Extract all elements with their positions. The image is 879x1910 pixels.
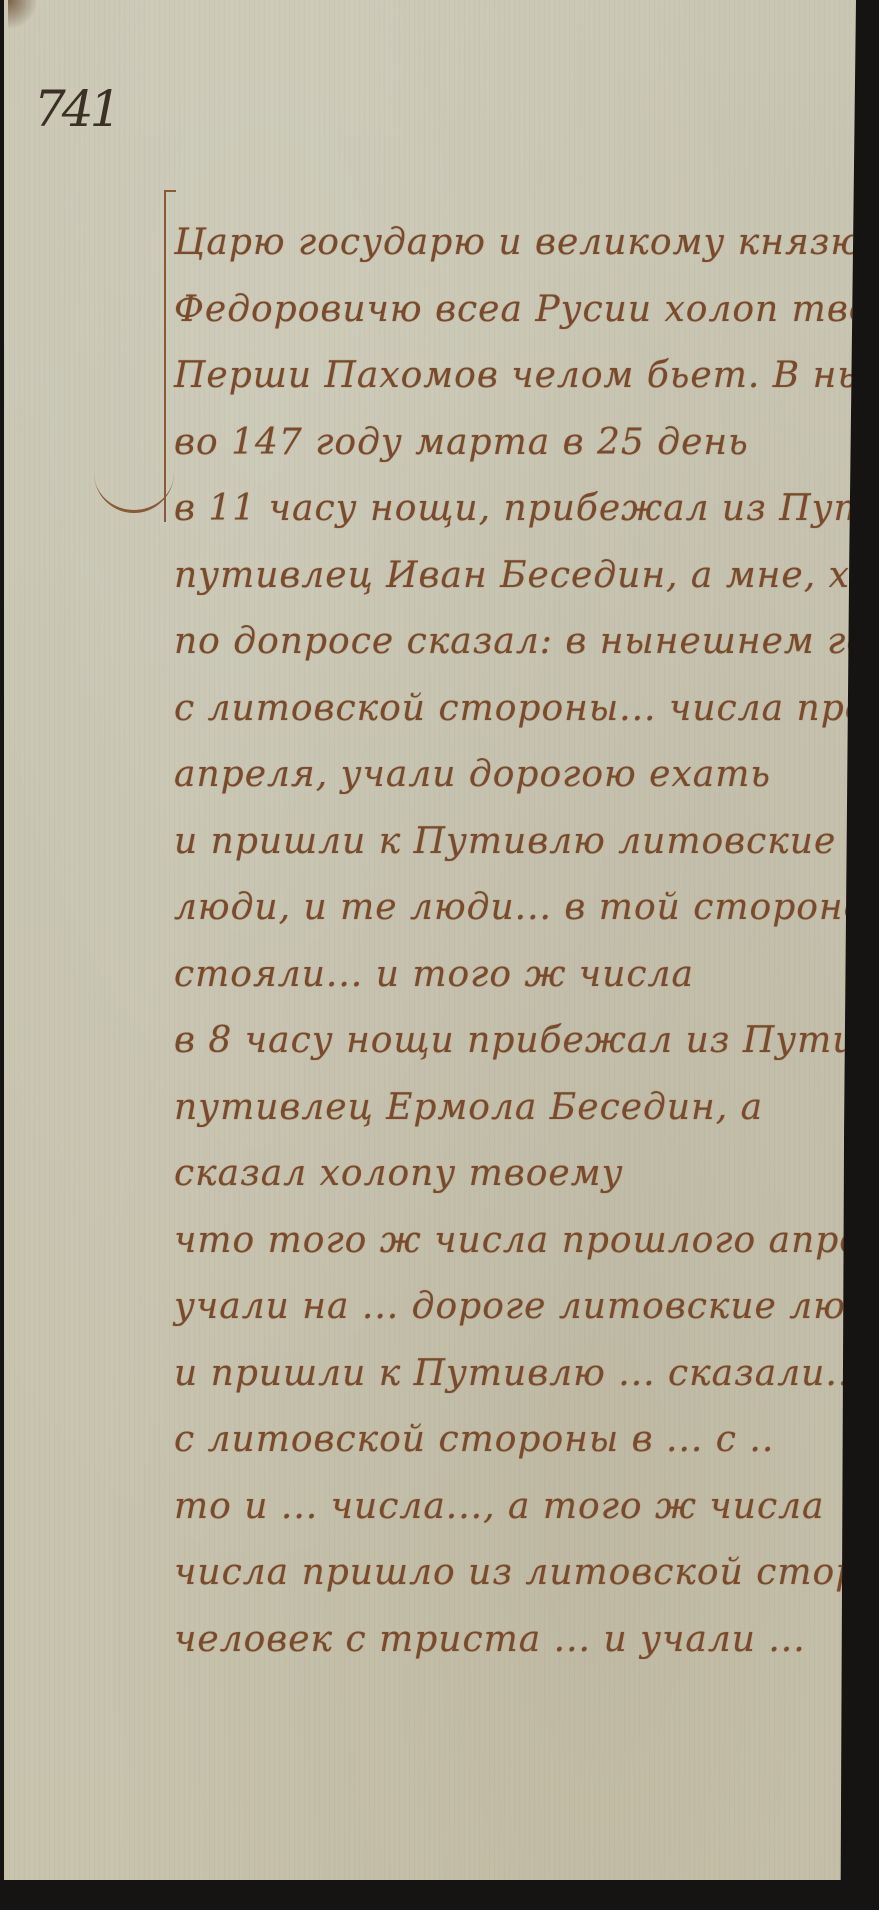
text-line: апреля, учали дорогою ехать [174, 742, 854, 809]
text-line: человек с триста ... и учали ... [174, 1607, 854, 1674]
text-line: то и ... числа..., а того ж числа [174, 1474, 854, 1541]
text-line: в 8 часу нощи прибежал из Путивля [174, 1008, 854, 1075]
text-line: Царю государю и великому князю Михаилу [174, 210, 854, 277]
manuscript-text: Царю государю и великому князю Михаилу Ф… [174, 210, 854, 1673]
text-line: Перши Пахомов челом бьет. В нынешнем [174, 343, 854, 410]
initial-bracket-ornament [164, 190, 176, 522]
text-line: путивлец Ермола Беседин, а [174, 1075, 854, 1142]
folio-number: 741 [34, 80, 117, 138]
text-line: по допросе сказал: в нынешнем году [174, 609, 854, 676]
text-line: путивлец Иван Беседин, а мне, холопу тво… [174, 543, 854, 610]
text-line: учали на ... дороге литовские люди [174, 1274, 854, 1341]
text-line: числа пришло из литовской стороны [174, 1540, 854, 1607]
text-line: сказал холопу твоему [174, 1141, 854, 1208]
text-line: в 11 часу нощи, прибежал из Путивля [174, 476, 854, 543]
text-line: Федоровичю всеа Русии холоп твой [174, 277, 854, 344]
text-line: с литовской стороны в ... с .. [174, 1407, 854, 1474]
manuscript-page: 741 Царю государю и великому князю Михаи… [4, 0, 856, 1880]
text-line: и пришли к Путивлю ... сказали... [174, 1341, 854, 1408]
text-line: стояли... и того ж числа [174, 942, 854, 1009]
margin-flourish-ornament [94, 470, 174, 513]
text-line: что того ж числа прошлого апреля [174, 1208, 854, 1275]
text-line: с литовской стороны... числа прошлого [174, 676, 854, 743]
text-line: во 147 году марта в 25 день [174, 410, 854, 477]
text-line: люди, и те люди... в той стороне [174, 875, 854, 942]
text-line: и пришли к Путивлю литовские [174, 809, 854, 876]
paper-stain [8, 0, 38, 30]
